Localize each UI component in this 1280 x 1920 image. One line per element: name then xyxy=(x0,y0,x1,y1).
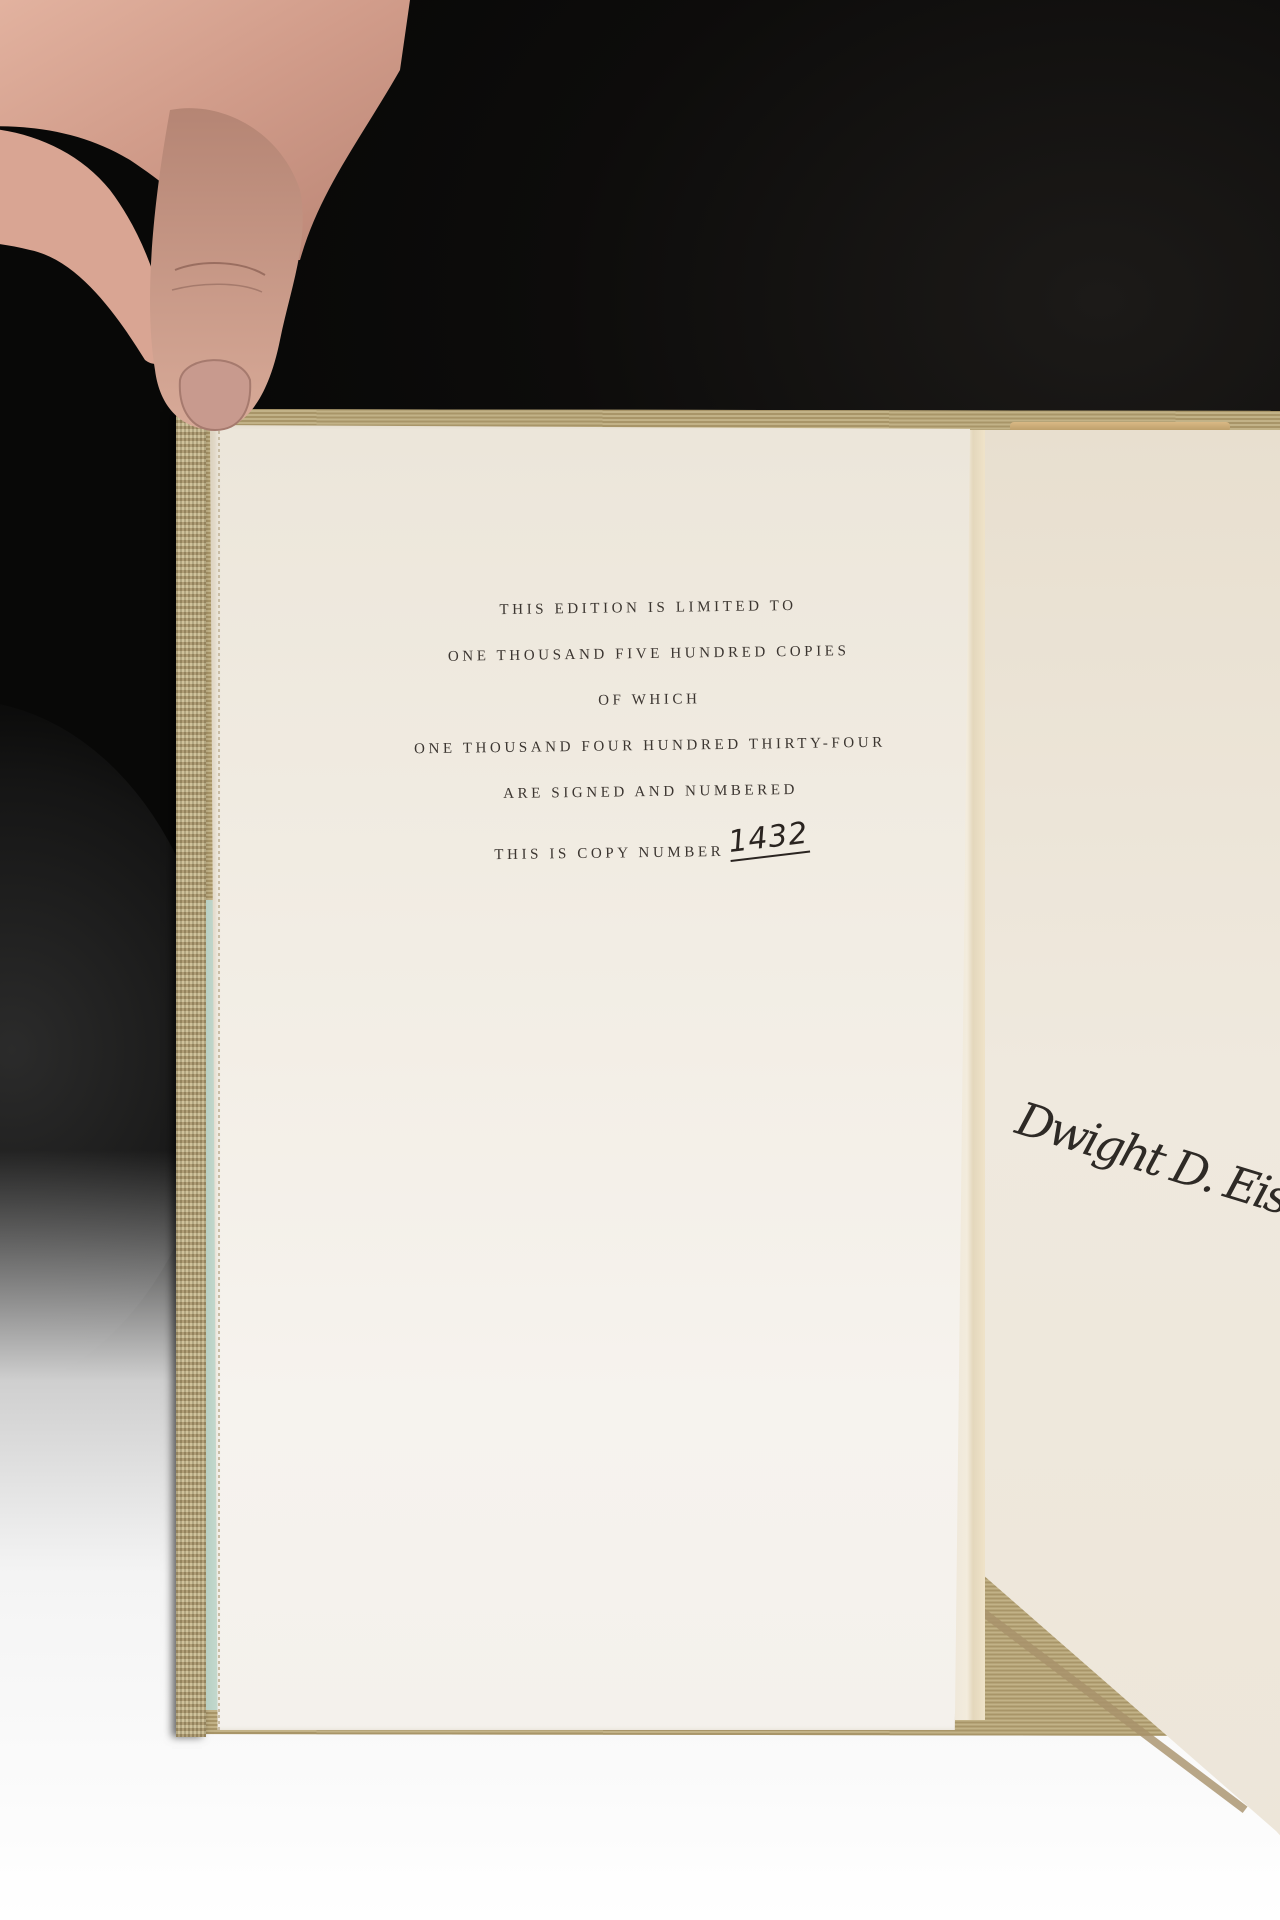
copy-label: THIS IS COPY NUMBER xyxy=(494,844,724,863)
book-cover-edge xyxy=(176,412,206,1737)
limitation-line-4: ONE THOUSAND FOUR HUNDRED THIRTY-FOUR xyxy=(390,734,910,758)
limitation-line-2: ONE THOUSAND FIVE HUNDRED COPIES xyxy=(389,642,909,666)
limitation-line-3: OF WHICH xyxy=(389,688,909,712)
copy-number-line: THIS IS COPY NUMBER1432 xyxy=(391,826,911,870)
limitation-line-5: ARE SIGNED AND NUMBERED xyxy=(391,780,911,804)
handwritten-copy-number: 1432 xyxy=(726,816,810,862)
hand-holding-page xyxy=(0,0,460,480)
limitation-statement: THIS EDITION IS LIMITED TO ONE THOUSAND … xyxy=(388,596,912,899)
